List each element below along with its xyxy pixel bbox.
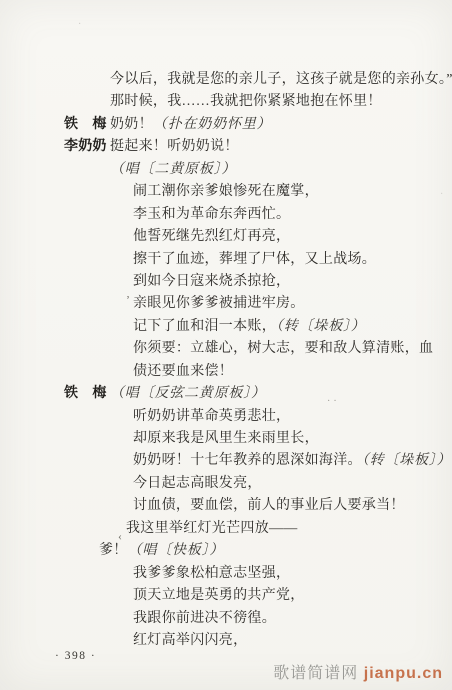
line-segment: 挺起来！听奶奶说！ xyxy=(110,139,239,154)
script-line: 顶天立地是英勇的共产党， xyxy=(0,585,452,607)
line-segment: 今以后，我就是您的亲儿子，这孩子就是您的亲孙女。” xyxy=(110,72,452,87)
speaker-label: 铁 梅 xyxy=(64,383,107,405)
script-line: （唱〔二黄原板〕） xyxy=(0,159,452,181)
line-text: 讨血债，要血偿，前人的事业后人要承当！ xyxy=(133,495,405,517)
line-segment: 记下了血和泪一本账， xyxy=(133,319,276,334)
script-line: 我这里举红灯光芒四放—— xyxy=(0,518,452,540)
line-segment: 我跟你前进决不徬徨。 xyxy=(133,611,276,626)
line-segment: 顶天立地是英勇的共产党， xyxy=(133,588,305,603)
script-line: 闹工潮你亲爹娘惨死在魔掌， xyxy=(0,181,452,203)
line-text: 那时候，我……我就把你紧紧地抱在怀里！ xyxy=(110,91,382,113)
script-line: 你须要：立雄心，树大志，要和敌人算清账，血 xyxy=(0,338,452,360)
line-text: 挺起来！听奶奶说！ xyxy=(110,136,239,158)
line-text: 爹！（唱〔快板〕） xyxy=(99,540,224,562)
script-line: 铁 梅（唱〔反弦二黄原板〕） xyxy=(0,383,452,405)
line-segment: 那时候，我……我就把你紧紧地抱在怀里！ xyxy=(110,94,382,109)
line-text: 我这里举红灯光芒四放—— xyxy=(126,518,298,540)
line-text: 奶奶！（扑在奶奶怀里） xyxy=(110,114,271,136)
speaker-label: 李奶奶 xyxy=(64,136,107,158)
script-line: 爹！（唱〔快板〕） xyxy=(0,540,452,562)
script-line: 记下了血和泪一本账，（转〔垛板〕） xyxy=(0,316,452,338)
stage-direction: （转〔垛板〕） xyxy=(362,453,452,468)
script-line: 擦干了血迹，葬埋了尸体，又上战场。 xyxy=(0,249,452,271)
line-segment: 爹！ xyxy=(99,543,128,558)
line-text: 亲眼见你爹爹被捕进牢房。 xyxy=(133,293,305,315)
line-text: 记下了血和泪一本账，（转〔垛板〕） xyxy=(133,316,366,338)
script-line: 却原来我是风里生来雨里长， xyxy=(0,428,452,450)
stage-direction: （扑在奶奶怀里） xyxy=(153,117,271,132)
line-text: 到如今日寇来烧杀掠抢， xyxy=(133,271,290,293)
line-text: 闹工潮你亲爹娘惨死在魔掌， xyxy=(133,181,319,203)
line-text: 听奶奶讲革命英勇悲壮， xyxy=(133,406,290,428)
line-text: （唱〔二黄原板〕） xyxy=(110,159,236,181)
line-text: 你须要：立雄心，树大志，要和敌人算清账，血 xyxy=(133,338,433,360)
line-segment: 债还要血来偿！ xyxy=(133,364,233,379)
script-body: 今以后，我就是您的亲儿子，这孩子就是您的亲孙女。”那时候，我……我就把你紧紧地抱… xyxy=(0,69,452,652)
script-line: 今日起志高眼发亮， xyxy=(0,473,452,495)
script-line: 听奶奶讲革命英勇悲壮， xyxy=(0,406,452,428)
line-segment: 听奶奶讲革命英勇悲壮， xyxy=(133,409,290,424)
line-text: 今以后，我就是您的亲儿子，这孩子就是您的亲孙女。” xyxy=(110,69,452,91)
line-text: （唱〔反弦二黄原板〕） xyxy=(110,383,266,405)
line-segment: 我这里举红灯光芒四放—— xyxy=(126,521,298,536)
script-line: 铁 梅奶奶！（扑在奶奶怀里） xyxy=(0,114,452,136)
site-watermark: 歌谱简谱网 jianpu.cn xyxy=(273,660,443,683)
script-line: 李奶奶挺起来！听奶奶说！ xyxy=(0,136,452,158)
line-segment: 擦干了血迹，葬埋了尸体，又上战场。 xyxy=(133,252,376,267)
line-segment: 你须要：立雄心，树大志，要和敌人算清账，血 xyxy=(133,341,433,356)
script-line: 他誓死继先烈红灯再亮， xyxy=(0,226,452,248)
script-line: 到如今日寇来烧杀掠抢， xyxy=(0,271,452,293)
stage-direction: （唱〔反弦二黄原板〕） xyxy=(110,386,266,401)
stage-direction: （转〔垛板〕） xyxy=(276,319,366,334)
script-line: 亲眼见你爹爹被捕进牢房。 xyxy=(0,293,452,315)
line-segment: 奶奶！ xyxy=(110,117,153,132)
line-text: 他誓死继先烈红灯再亮， xyxy=(133,226,290,248)
line-text: 却原来我是风里生来雨里长， xyxy=(133,428,319,450)
line-text: 债还要血来偿！ xyxy=(133,361,233,383)
line-segment: 奶奶呀！十七年教养的恩深如海洋。 xyxy=(133,453,362,468)
watermark-site-name: 歌谱简谱网 xyxy=(273,665,358,682)
line-segment: 我爹爹象松柏意志坚强， xyxy=(133,566,290,581)
script-line: 我跟你前进决不徬徨。 xyxy=(0,608,452,630)
script-line: 债还要血来偿！ xyxy=(0,361,452,383)
line-segment: 讨血债，要血偿，前人的事业后人要承当！ xyxy=(133,498,405,513)
script-line: 今以后，我就是您的亲儿子，这孩子就是您的亲孙女。” xyxy=(0,69,452,91)
line-segment: 红灯高举闪闪亮， xyxy=(133,633,247,648)
line-segment: 亲眼见你爹爹被捕进牢房。 xyxy=(133,296,305,311)
line-segment: 到如今日寇来烧杀掠抢， xyxy=(133,274,290,289)
stage-direction: （唱〔快板〕） xyxy=(128,543,225,558)
line-text: 我跟你前进决不徬徨。 xyxy=(133,608,276,630)
watermark-site-url: jianpu.cn xyxy=(364,665,443,682)
line-text: 我爹爹象松柏意志坚强， xyxy=(133,563,290,585)
script-line: 我爹爹象松柏意志坚强， xyxy=(0,563,452,585)
stage-direction: （唱〔二黄原板〕） xyxy=(110,162,236,177)
line-text: 顶天立地是英勇的共产党， xyxy=(133,585,305,607)
line-text: 红灯高举闪闪亮， xyxy=(133,630,247,652)
speaker-label: 铁 梅 xyxy=(64,114,107,136)
line-segment: 他誓死继先烈红灯再亮， xyxy=(133,229,290,244)
line-segment: 却原来我是风里生来雨里长， xyxy=(133,431,319,446)
line-text: 今日起志高眼发亮， xyxy=(133,473,262,495)
script-line: 那时候，我……我就把你紧紧地抱在怀里！ xyxy=(0,91,452,113)
scan-artifact: · xyxy=(78,20,81,30)
line-segment: 李玉和为革命东奔西忙。 xyxy=(133,207,290,222)
script-line: 讨血债，要血偿，前人的事业后人要承当！ xyxy=(0,495,452,517)
line-segment: 今日起志高眼发亮， xyxy=(133,476,262,491)
line-text: 奶奶呀！十七年教养的恩深如海洋。（转〔垛板〕） xyxy=(133,450,451,472)
script-line: 李玉和为革命东奔西忙。 xyxy=(0,204,452,226)
script-line: 红灯高举闪闪亮， xyxy=(0,630,452,652)
line-text: 李玉和为革命东奔西忙。 xyxy=(133,204,290,226)
line-text: 擦干了血迹，葬埋了尸体，又上战场。 xyxy=(133,249,376,271)
page-number: · 398 · xyxy=(55,650,96,662)
scanned-script-page: 今以后，我就是您的亲儿子，这孩子就是您的亲孙女。”那时候，我……我就把你紧紧地抱… xyxy=(0,0,452,690)
line-segment: 闹工潮你亲爹娘惨死在魔掌， xyxy=(133,184,319,199)
script-line: 奶奶呀！十七年教养的恩深如海洋。（转〔垛板〕） xyxy=(0,450,452,472)
